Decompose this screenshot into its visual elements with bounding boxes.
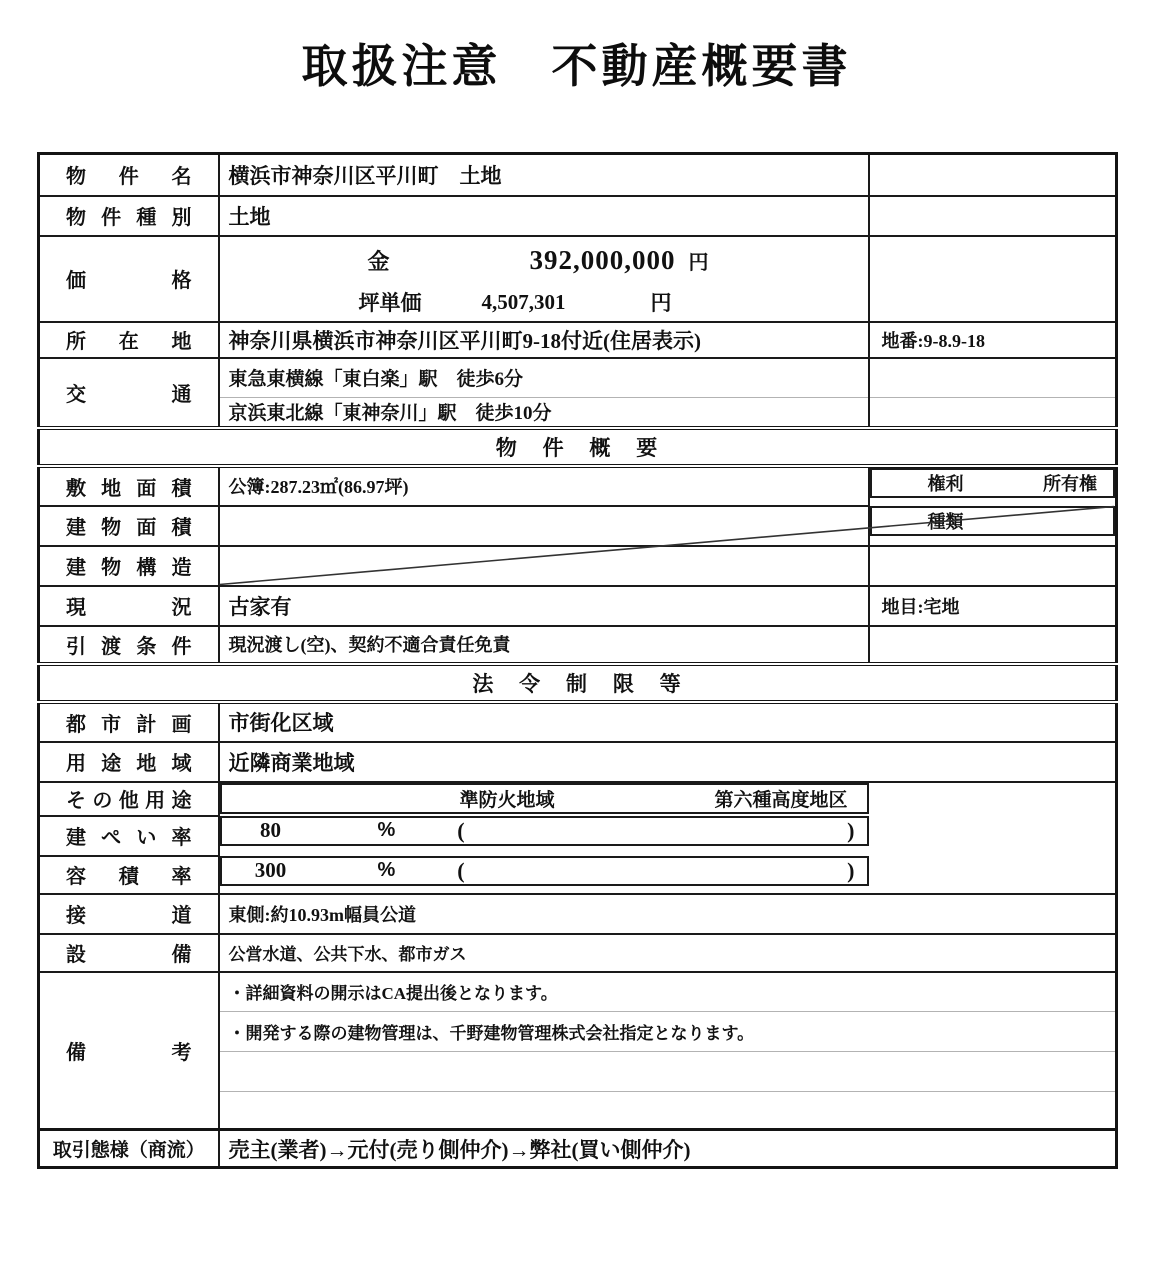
floor-paren-close: ) <box>847 858 854 884</box>
tsubo-price-unit: 円 <box>651 287 672 317</box>
remarks-note-1: ・詳細資料の開示はCA提出後となります。 <box>219 972 1117 1012</box>
land-category-value: 地目:宅地 <box>869 586 1117 626</box>
price-amount: 392,000,000 <box>530 245 676 276</box>
coverage-paren-close: ) <box>847 818 854 844</box>
building-area-value <box>219 506 869 546</box>
transport-right-empty-1 <box>869 358 1117 398</box>
transaction-value: 売主(業者)→元付(売り側仲介)→弊社(買い側仲介) <box>219 1130 1117 1168</box>
building-kind-label: 種類 <box>928 508 964 534</box>
transport-line2: 京浜東北線「東神奈川」駅 徒歩10分 <box>219 398 869 428</box>
building-area-right: 種類 <box>870 506 1116 536</box>
current-state-label: 現 況 <box>39 586 219 626</box>
coverage-ratio-value: 80 <box>236 818 306 843</box>
other-zoning-label: そ の 他 用 途 <box>39 782 219 816</box>
property-type-right-empty <box>869 196 1117 236</box>
utilities-label: 設 備 <box>39 934 219 972</box>
address-value: 神奈川県横浜市神奈川区平川町9-18付近(住居表示) <box>219 322 869 358</box>
zoning-label: 用 途 地 域 <box>39 742 219 782</box>
property-summary-table: 物 件 名 横浜市神奈川区平川町 土地 物 件 種 別 土地 価 格 金 392… <box>37 152 1118 1169</box>
remarks-empty-2 <box>219 1092 1117 1130</box>
handover-right-empty <box>869 626 1117 664</box>
document-table-wrap: 物 件 名 横浜市神奈川区平川町 土地 物 件 種 別 土地 価 格 金 392… <box>37 152 1115 1169</box>
coverage-ratio-cell: 80 % ( ) <box>220 816 869 846</box>
remarks-empty-1 <box>219 1052 1117 1092</box>
rights-label: 権利 <box>928 470 964 496</box>
utilities-value: 公営水道、公共下水、都市ガス <box>219 934 1117 972</box>
tsubo-price-label: 坪単価 <box>359 287 422 317</box>
price-kin-label: 金 <box>368 245 390 276</box>
road-value: 東側:約10.93m幅員公道 <box>219 894 1117 934</box>
land-area-label: 敷 地 面 積 <box>39 466 219 506</box>
handover-value: 現況渡し(空)、契約不適合責任免責 <box>219 626 869 664</box>
city-planning-label: 都 市 計 画 <box>39 702 219 742</box>
city-planning-value: 市街化区域 <box>219 702 1117 742</box>
transport-line1: 東急東横線「東白楽」駅 徒歩6分 <box>219 358 869 398</box>
floor-paren-open: ( <box>457 858 464 884</box>
property-name-right-empty <box>869 154 1117 196</box>
coverage-ratio-label: 建 ぺ い 率 <box>39 816 219 856</box>
other-zoning-value-2: 第六種高度地区 <box>715 785 848 812</box>
address-label: 所 在 地 <box>39 322 219 358</box>
tsubo-price-amount: 4,507,301 <box>482 290 566 315</box>
other-zoning-cell: 準防火地域 第六種高度地区 <box>220 783 869 814</box>
building-area-label: 建 物 面 積 <box>39 506 219 546</box>
coverage-ratio-unit: % <box>378 819 396 842</box>
legal-section-header: 法 令 制 限 等 <box>39 664 1117 702</box>
price-line-tsubo: 坪単価 4,507,301 円 <box>220 284 868 321</box>
zoning-value: 近隣商業地域 <box>219 742 1117 782</box>
transport-right-empty-2 <box>869 398 1117 428</box>
price-unit: 円 <box>689 246 709 275</box>
property-name-label: 物 件 名 <box>39 154 219 196</box>
coverage-paren-open: ( <box>457 818 464 844</box>
rights-cell: 権利 所有権 <box>870 468 1116 498</box>
land-area-value: 公簿:287.23㎡(86.97坪) <box>219 466 869 506</box>
price-cell: 金 392,000,000 円 坪単価 4,507,301 円 <box>219 236 869 322</box>
floor-ratio-cell: 300 % ( ) <box>220 856 869 886</box>
property-type-label: 物 件 種 別 <box>39 196 219 236</box>
price-right-empty <box>869 236 1117 322</box>
property-type-value: 土地 <box>219 196 869 236</box>
building-structure-label: 建 物 構 造 <box>39 546 219 586</box>
price-label: 価 格 <box>39 236 219 322</box>
floor-ratio-value: 300 <box>236 858 306 883</box>
current-state-value: 古家有 <box>219 586 869 626</box>
rights-value: 所有権 <box>1043 470 1097 496</box>
transaction-label: 取引態様（商流） <box>39 1130 219 1168</box>
other-zoning-value-1: 準防火地域 <box>460 785 555 812</box>
road-label: 接 道 <box>39 894 219 934</box>
remarks-note-2: ・開発する際の建物管理は、千野建物管理株式会社指定となります。 <box>219 1012 1117 1052</box>
price-line-total: 金 392,000,000 円 <box>220 237 868 284</box>
floor-ratio-label: 容 積 率 <box>39 856 219 894</box>
overview-section-header: 物 件 概 要 <box>39 428 1117 466</box>
lot-number-value: 地番:9-8.9-18 <box>869 322 1117 358</box>
property-name-value: 横浜市神奈川区平川町 土地 <box>219 154 869 196</box>
transport-label: 交 通 <box>39 358 219 428</box>
page-title: 取扱注意 不動産概要書 <box>0 30 1153 96</box>
floor-ratio-unit: % <box>378 859 396 882</box>
building-structure-value <box>219 546 869 586</box>
handover-label: 引 渡 条 件 <box>39 626 219 664</box>
building-structure-right-empty <box>869 546 1117 586</box>
remarks-label: 備 考 <box>39 972 219 1130</box>
